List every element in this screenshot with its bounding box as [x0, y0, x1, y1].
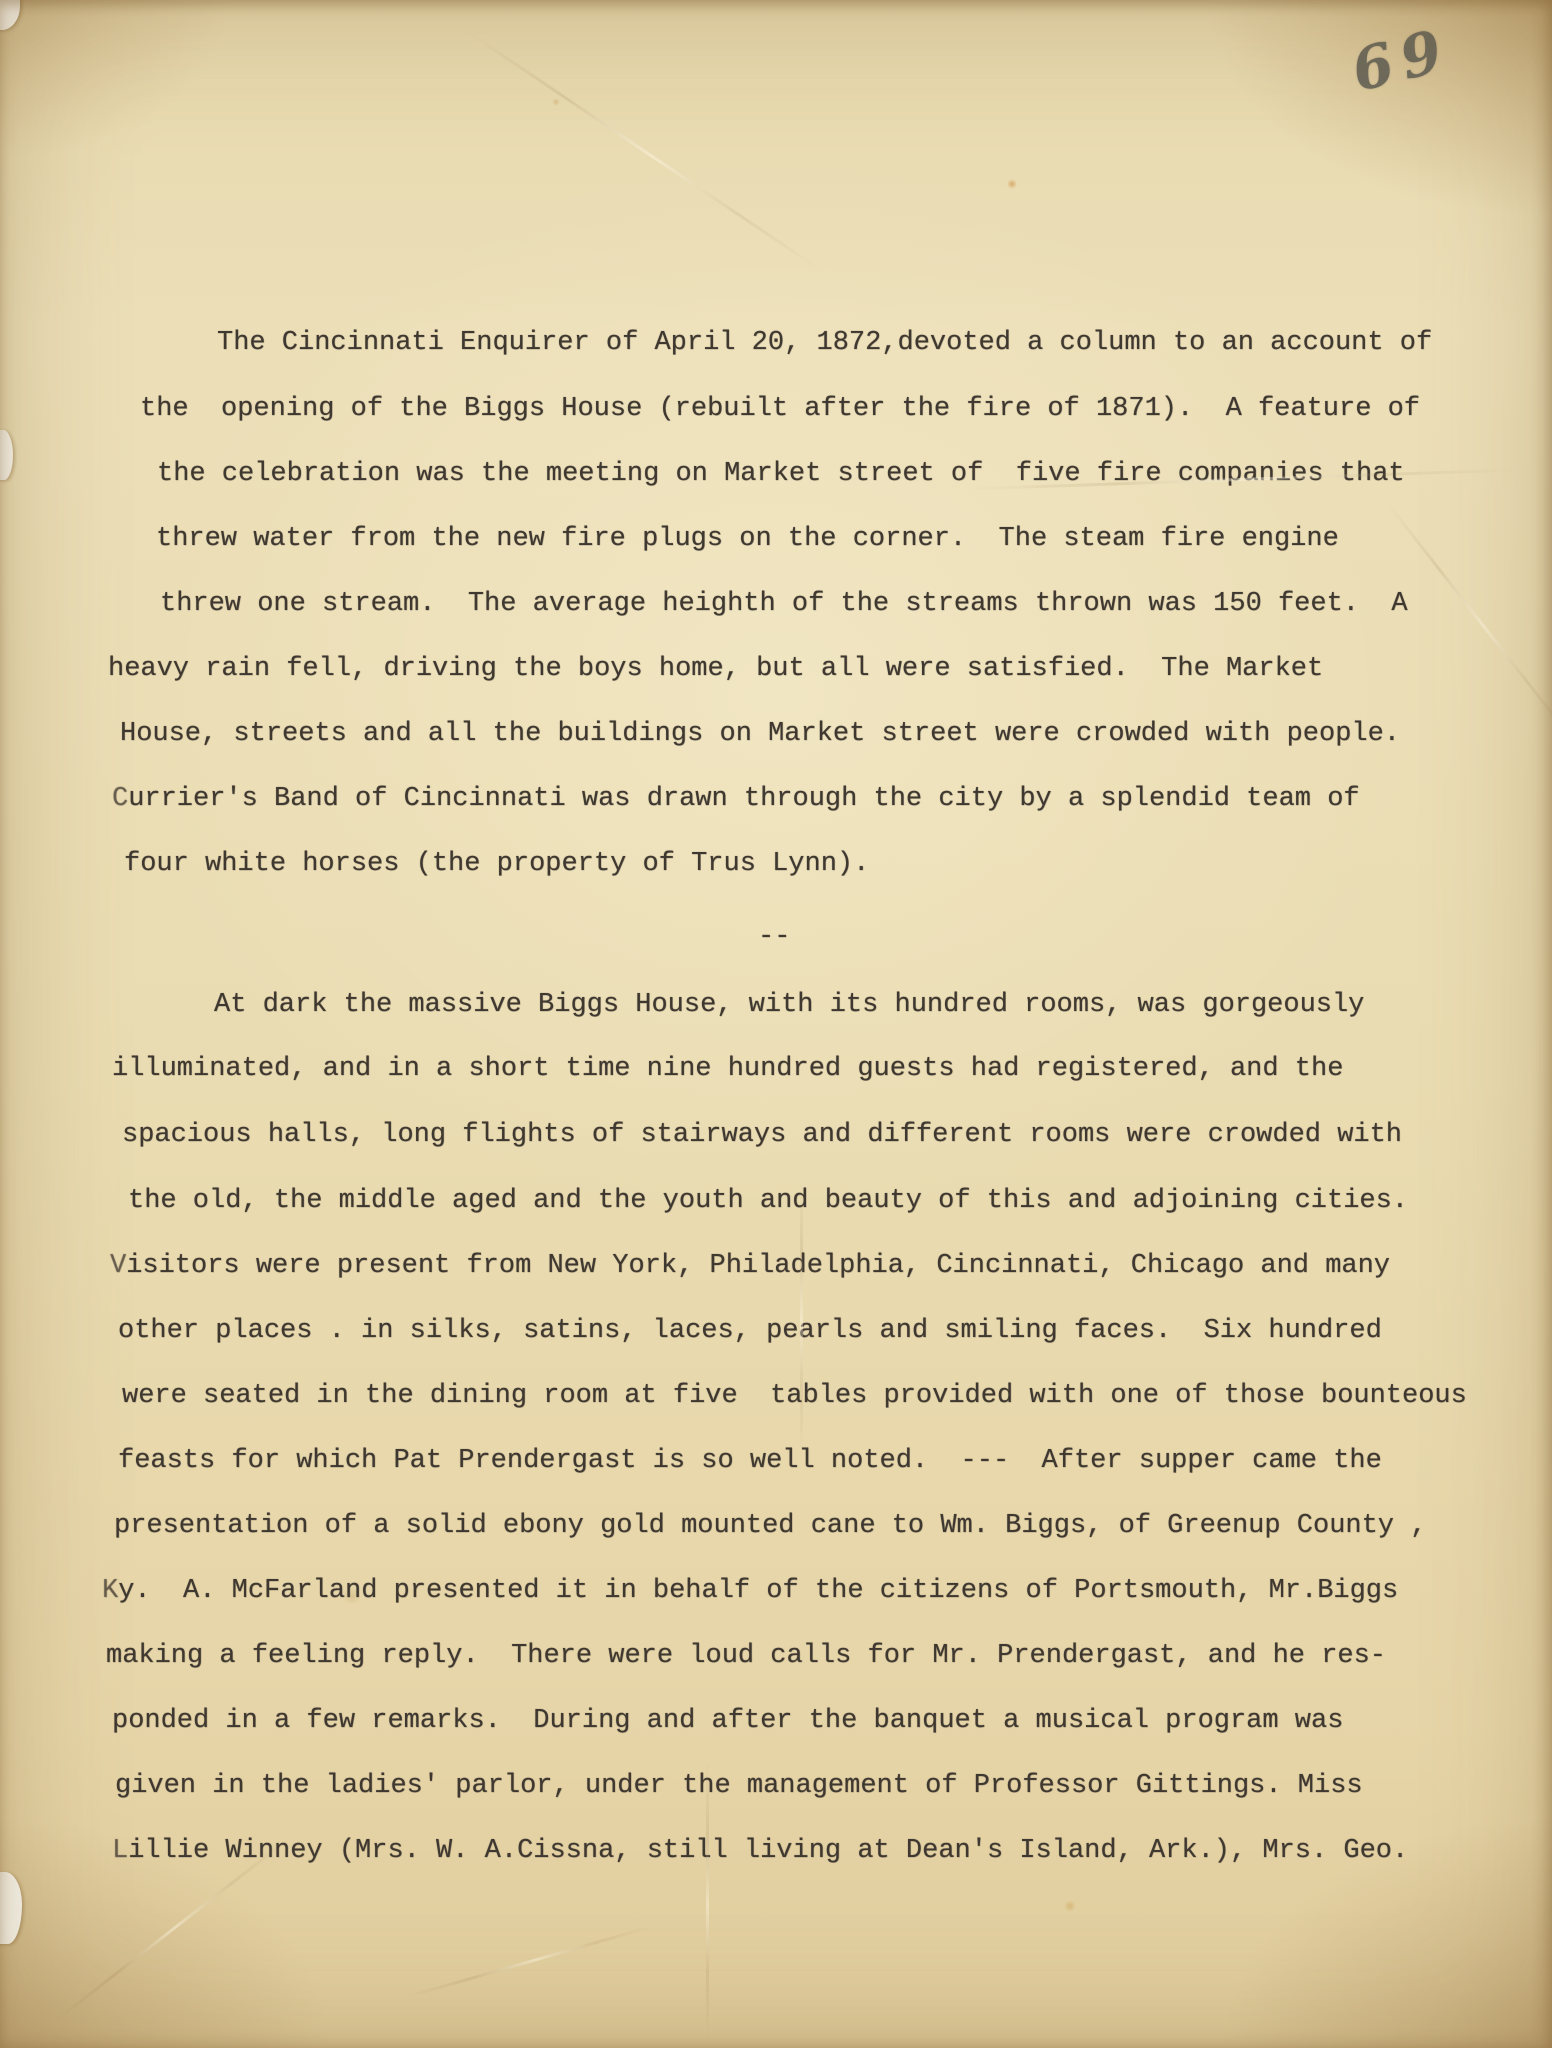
- typed-line: At dark the massive Biggs House, with it…: [214, 988, 1364, 1022]
- paper-crease: [405, 1924, 656, 1999]
- typed-line: given in the ladies' parlor, under the m…: [115, 1769, 1363, 1803]
- torn-edge-notch: [0, 1872, 22, 1944]
- torn-edge-notch: [0, 430, 13, 480]
- typed-line: Ky. A. McFarland presented it in behalf …: [102, 1574, 1398, 1608]
- document-page: 69 The Cincinnati Enquirer of April 20, …: [0, 0, 1552, 2048]
- typed-line: Visitors were present from New York, Phi…: [110, 1249, 1390, 1283]
- typed-line: threw water from the new fire plugs on t…: [156, 522, 1339, 556]
- typed-line: heavy rain fell, driving the boys home, …: [108, 652, 1323, 686]
- typed-line: the old, the middle aged and the youth a…: [128, 1184, 1408, 1218]
- paper-crease: [466, 30, 824, 273]
- typed-line: House, streets and all the buildings on …: [120, 717, 1400, 751]
- paper-crease: [1386, 502, 1552, 740]
- typed-line: presentation of a solid ebony gold mount…: [114, 1509, 1426, 1543]
- typed-line: four white horses (the property of Trus …: [124, 847, 869, 881]
- typed-line: threw one stream. The average heighth of…: [160, 587, 1408, 621]
- typed-line: Lillie Winney (Mrs. W. A.Cissna, still l…: [112, 1834, 1408, 1868]
- typed-line: the celebration was the meeting on Marke…: [157, 457, 1405, 491]
- typed-line: The Cincinnati Enquirer of April 20, 187…: [217, 326, 1432, 360]
- paper-texture-overlay: [0, 0, 1552, 2048]
- section-separator: --: [758, 920, 790, 954]
- handwritten-page-number: 69: [1345, 15, 1457, 105]
- typed-line: were seated in the dining room at five t…: [122, 1379, 1467, 1413]
- typed-line: other places . in silks, satins, laces, …: [118, 1314, 1382, 1348]
- typed-line: making a feeling reply. There were loud …: [106, 1639, 1386, 1673]
- typed-line: the opening of the Biggs House (rebuilt …: [140, 392, 1420, 426]
- typed-line: illuminated, and in a short time nine hu…: [112, 1052, 1343, 1086]
- typed-line: spacious halls, long flights of stairway…: [122, 1118, 1402, 1152]
- typed-line: feasts for which Pat Prendergast is so w…: [118, 1444, 1382, 1478]
- typed-line: ponded in a few remarks. During and afte…: [112, 1704, 1343, 1738]
- torn-edge-notch: [0, 0, 20, 30]
- typed-line: Currier's Band of Cincinnati was drawn t…: [112, 782, 1360, 816]
